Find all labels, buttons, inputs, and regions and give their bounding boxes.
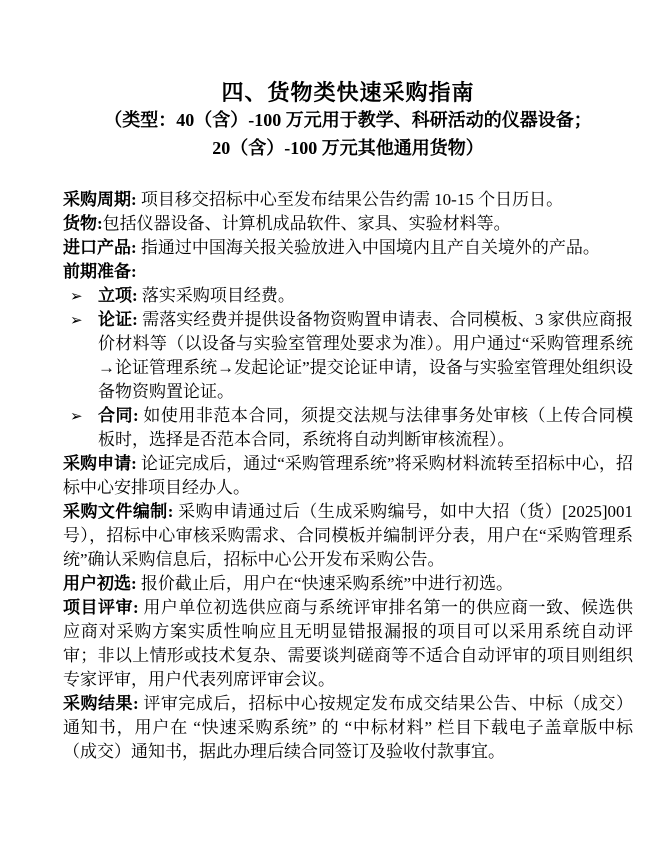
para-user-preselection: 用户初选: 报价截止后，用户在“快速采购系统”中进行初选。 (63, 572, 633, 596)
block-label: 立项: (98, 286, 138, 305)
para-procurement-cycle: 采购周期: 项目移交招标中心至发布结果公告约需 10-15 个日历日。 (63, 188, 633, 212)
arrow-bullet-icon: ➢ (70, 284, 83, 308)
bullet-contract: ➢合同: 如使用非范本合同，须提交法规与法律事务处审核（上传合同模板时，选择是否… (63, 404, 633, 452)
para-procurement-document: 采购文件编制: 采购申请通过后（生成采购编号，如中大招（货）[2025]001号… (63, 500, 633, 572)
block-label: 进口产品: (63, 238, 137, 257)
document-subtitle-line1: （类型：40（含）-100 万元用于教学、科研活动的仪器设备； (63, 106, 633, 134)
block-text: 落实采购项目经费。 (138, 286, 295, 305)
block-label: 用户初选: (63, 574, 137, 593)
document-subtitle-line2: 20（含）-100 万元其他通用货物） (63, 134, 633, 162)
document-title: 四、货物类快速采购指南 (63, 79, 633, 106)
bullet-demonstration: ➢论证: 需落实经费并提供设备物资购置申请表、合同模板、3 家供应商报价材料等（… (63, 308, 633, 404)
block-text: 包括仪器设备、计算机成品软件、家具、实验材料等。 (103, 214, 511, 233)
block-label: 货物: (63, 214, 103, 233)
block-label: 项目评审: (63, 598, 139, 617)
para-import-product: 进口产品: 指通过中国海关报关验放进入中国境内且产自关境外的产品。 (63, 236, 633, 260)
arrow-bullet-icon: ➢ (70, 404, 83, 428)
block-label: 采购周期: (63, 190, 137, 209)
block-text: 项目移交招标中心至发布结果公告约需 10-15 个日历日。 (137, 190, 563, 209)
para-procurement-result: 采购结果: 评审完成后，招标中心按规定发布成交结果公告、中标（成交）通知书，用户… (63, 692, 633, 764)
block-label: 采购文件编制: (63, 502, 173, 521)
block-label: 采购申请: (63, 454, 137, 473)
arrow-bullet-icon: ➢ (70, 308, 83, 332)
block-label: 采购结果: (63, 694, 139, 713)
block-text: 指通过中国海关报关验放进入中国境内且产自关境外的产品。 (137, 238, 600, 257)
block-label: 前期准备: (63, 262, 137, 281)
para-preparation-heading: 前期准备: (63, 260, 633, 284)
block-text: 报价截止后，用户在“快速采购系统”中进行初选。 (137, 574, 513, 593)
document-body: 采购周期: 项目移交招标中心至发布结果公告约需 10-15 个日历日。 货物:包… (63, 188, 633, 764)
block-text: 需落实经费并提供设备物资购置申请表、合同模板、3 家供应商报价材料等（以设备与实… (98, 310, 633, 401)
block-label: 论证: (98, 310, 138, 329)
document-page: 四、货物类快速采购指南 （类型：40（含）-100 万元用于教学、科研活动的仪器… (0, 0, 659, 862)
block-label: 合同: (98, 406, 139, 425)
block-text: 论证完成后，通过“采购管理系统”将采购材料流转至招标中心，招标中心安排项目经办人… (63, 454, 633, 497)
block-text: 评审完成后，招标中心按规定发布成交结果公告、中标（成交）通知书，用户在 “快速采… (63, 694, 633, 761)
para-goods: 货物:包括仪器设备、计算机成品软件、家具、实验材料等。 (63, 212, 633, 236)
bullet-project-approval: ➢立项: 落实采购项目经费。 (63, 284, 633, 308)
para-project-review: 项目评审: 用户单位初选供应商与系统评审排名第一的供应商一致、候选供应商对采购方… (63, 596, 633, 692)
block-text: 用户单位初选供应商与系统评审排名第一的供应商一致、候选供应商对采购方案实质性响应… (63, 598, 633, 689)
block-text: 如使用非范本合同，须提交法规与法律事务处审核（上传合同模板时，选择是否范本合同，… (98, 406, 633, 449)
para-procurement-application: 采购申请: 论证完成后，通过“采购管理系统”将采购材料流转至招标中心，招标中心安… (63, 452, 633, 500)
